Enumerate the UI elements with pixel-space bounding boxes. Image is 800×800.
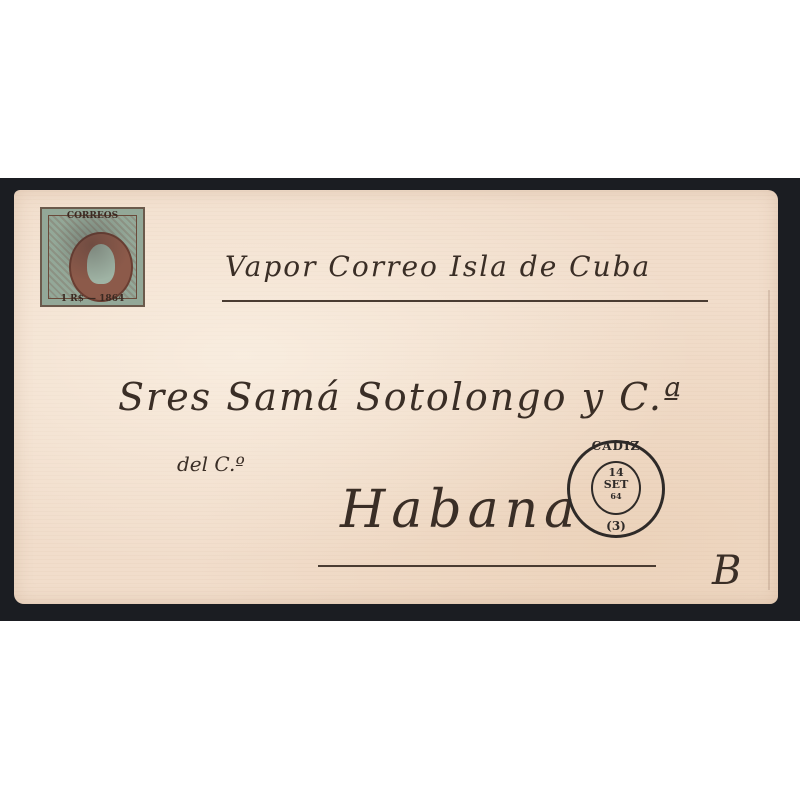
address-line-del: del C.º bbox=[177, 452, 245, 476]
stamp-value-text: 1 R$ — 1864 bbox=[42, 294, 143, 304]
postmark-date-circle: 14 SET 64 bbox=[591, 461, 641, 515]
postmark-year: 64 bbox=[593, 491, 639, 501]
postmark-number: (3) bbox=[570, 519, 662, 533]
postmark-city: CADIZ bbox=[570, 439, 662, 453]
postmark-month: SET bbox=[593, 479, 639, 491]
underline-1 bbox=[222, 300, 708, 302]
underline-2 bbox=[318, 565, 656, 567]
destination-city: Habana bbox=[340, 480, 581, 540]
manuscript-mark: B bbox=[712, 548, 741, 594]
postmark: CADIZ 14 SET 64 (3) bbox=[567, 440, 665, 538]
paper-fold bbox=[768, 290, 770, 590]
stamp-cancellation-mark bbox=[52, 210, 132, 280]
ship-line: Vapor Correo Isla de Cuba bbox=[225, 250, 651, 283]
addressee-line: Sres Samá Sotolongo y C.ª bbox=[118, 375, 683, 419]
